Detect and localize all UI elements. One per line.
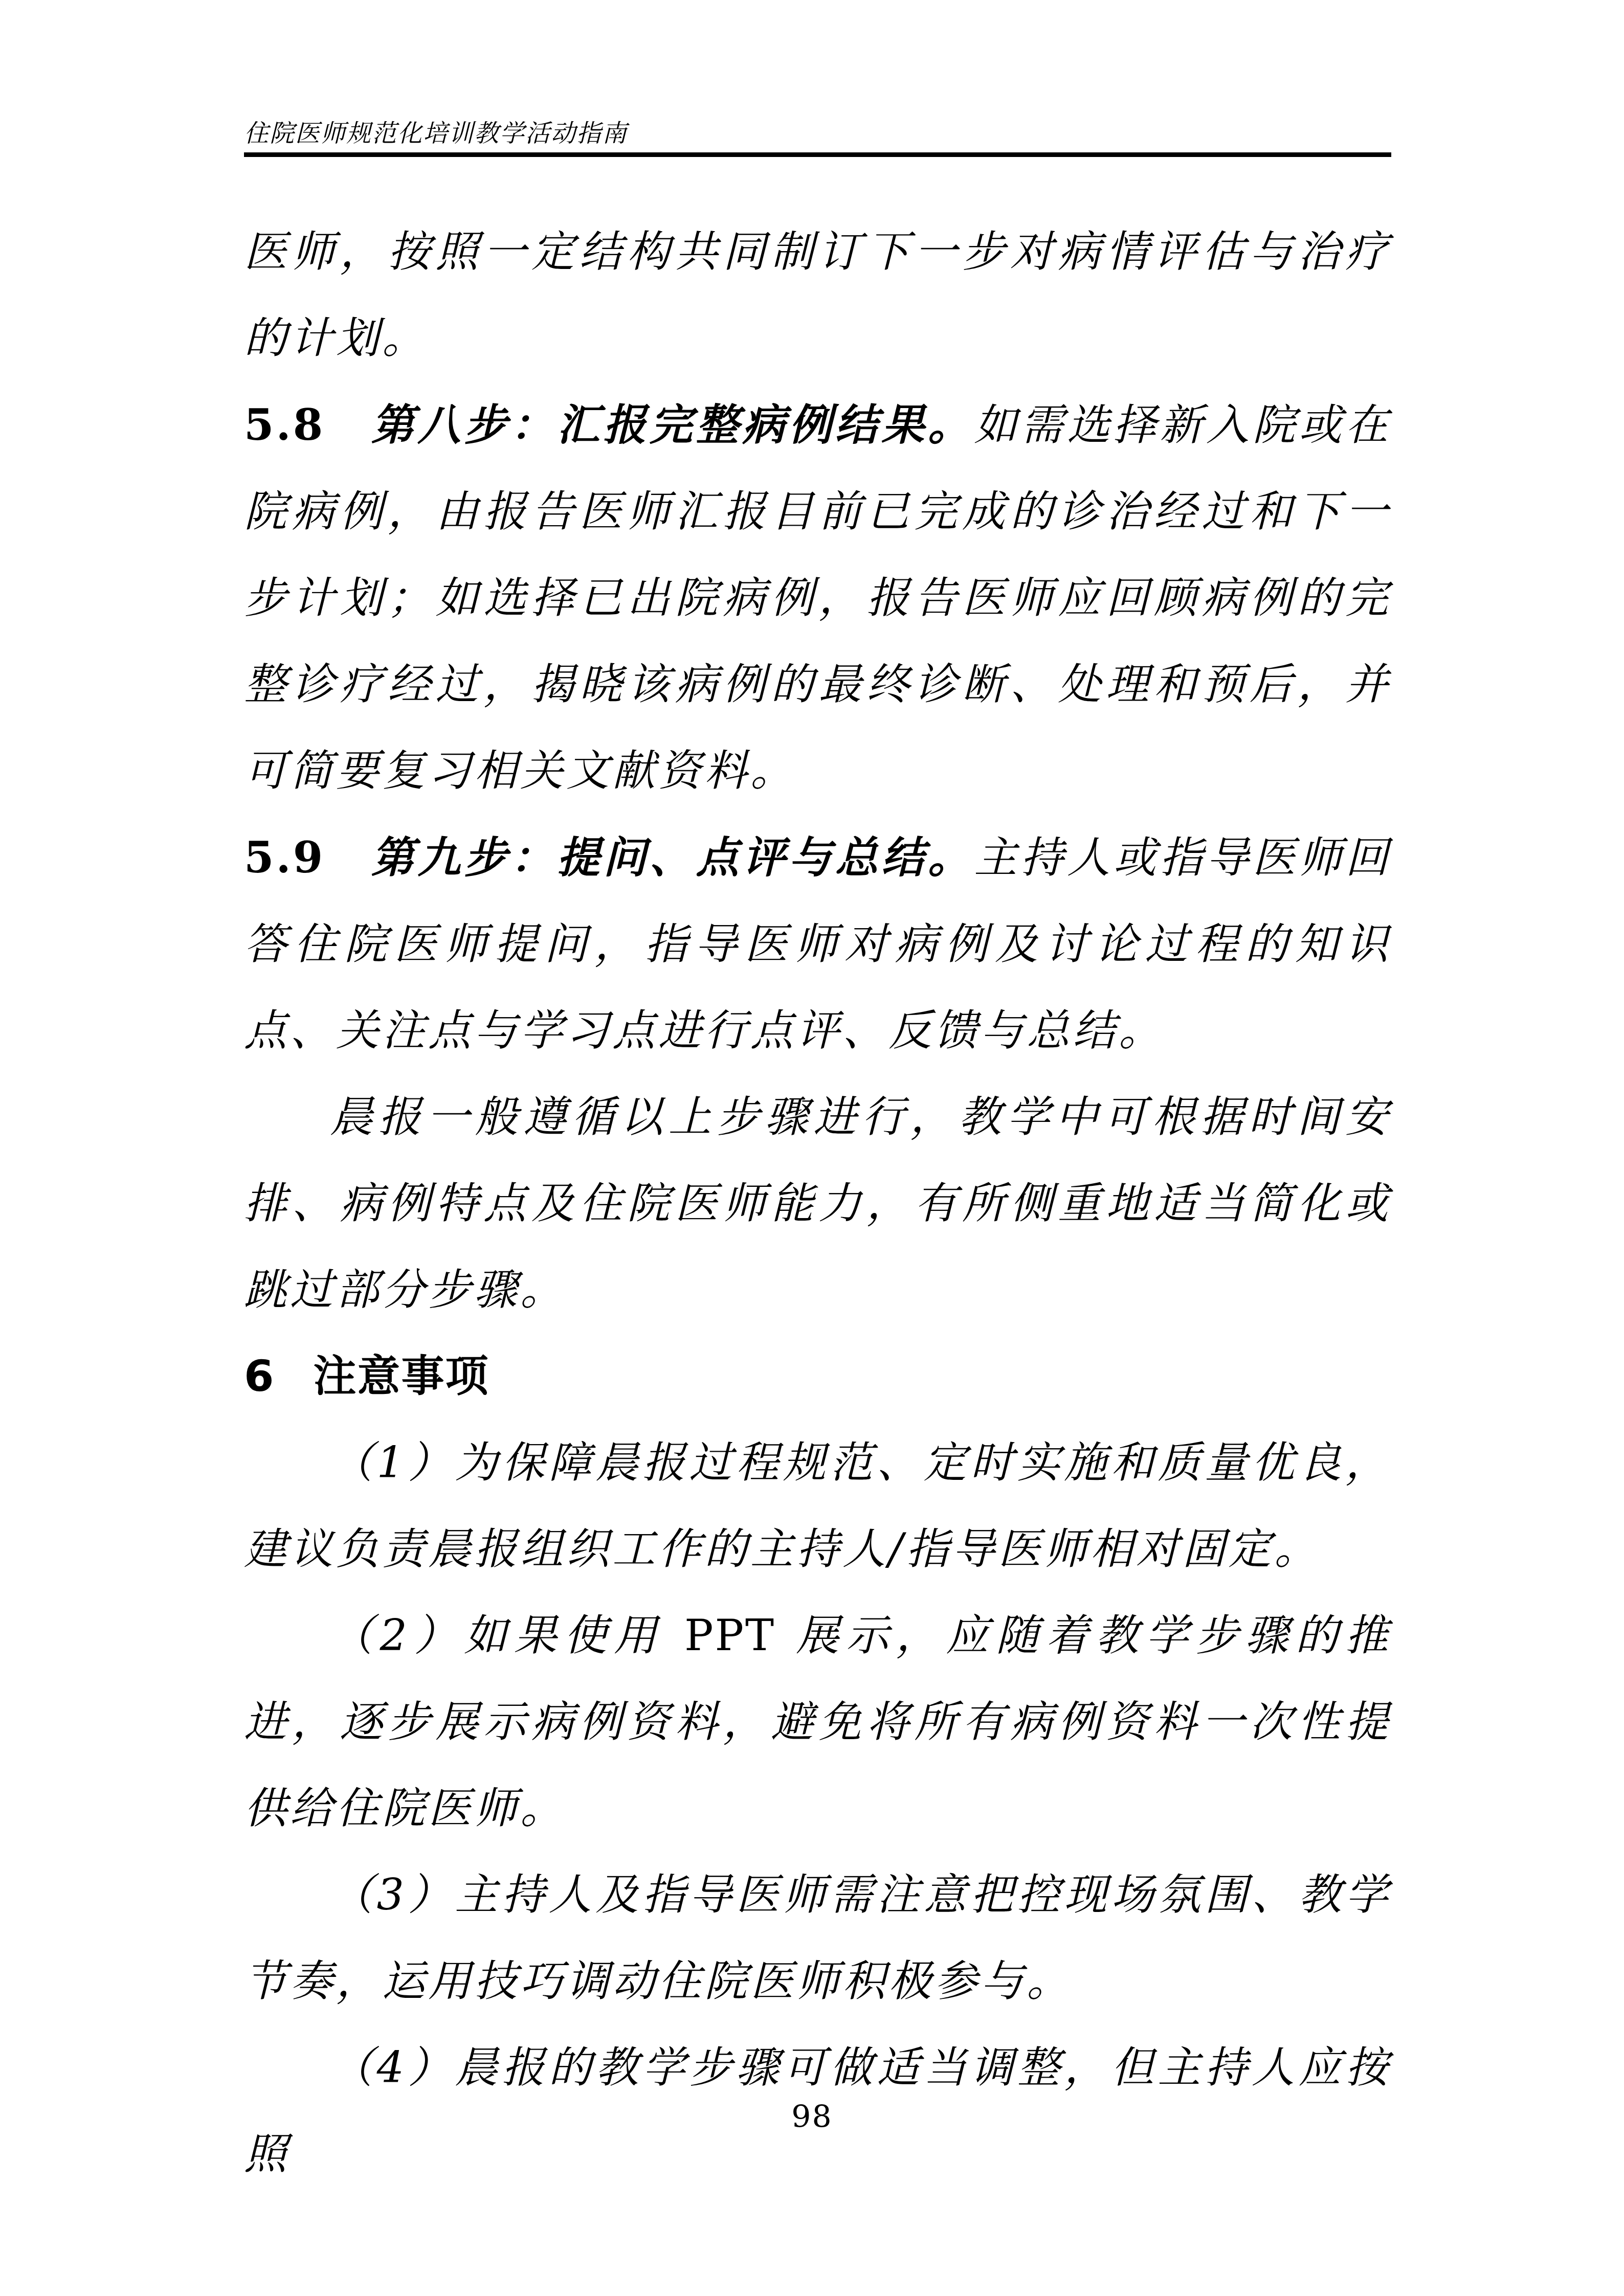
- note-3-text: （3）主持人及指导医师需注意把控现场氛围、教学节奏，运用技巧调动住院医师积极参与…: [244, 1870, 1391, 2006]
- running-header-title: 住院医师规范化培训教学活动指南: [244, 120, 1391, 147]
- page-number: 98: [791, 2101, 832, 2133]
- section-5-8-text: 如需选择新入院或在院病例，由报告医师汇报目前已完成的诊治经过和下一步计划；如选择…: [244, 400, 1391, 796]
- header-rule: [244, 152, 1391, 157]
- section-5-9-number: 5.9: [244, 832, 325, 883]
- paragraph-summary: 晨报一般遵循以上步骤进行，教学中可根据时间安排、病例特点及住院医师能力，有所侧重…: [244, 1074, 1391, 1333]
- note-2-latin-ppt: PPT: [684, 1610, 775, 1660]
- section-6-number: 6: [244, 1351, 275, 1401]
- page-body: 医师，按照一定结构共同制订下一步对病情评估与治疗的计划。 5.8第八步：汇报完整…: [244, 209, 1391, 2197]
- section-6-heading: 6注意事项: [244, 1333, 1391, 1420]
- section-5-9-paragraph: 5.9第九步：提问、点评与总结。主持人或指导医师回答住院医师提问，指导医师对病例…: [244, 814, 1391, 1074]
- note-2-text-pre: （2）如果使用: [330, 1610, 684, 1660]
- page-header: 住院医师规范化培训教学活动指南: [244, 120, 1391, 157]
- note-1-text: （1）为保障晨报过程规范、定时实施和质量优良，建议负责晨报组织工作的主持人/指导…: [244, 1437, 1391, 1574]
- note-paragraph-3: （3）主持人及指导医师需注意把控现场氛围、教学节奏，运用技巧调动住院医师积极参与…: [244, 1852, 1391, 2024]
- paragraph-summary-text: 晨报一般遵循以上步骤进行，教学中可根据时间安排、病例特点及住院医师能力，有所侧重…: [244, 1092, 1391, 1315]
- page-footer: 98: [0, 2101, 1624, 2133]
- section-6-title: 注意事项: [313, 1351, 489, 1401]
- paragraph-continuation: 医师，按照一定结构共同制订下一步对病情评估与治疗的计划。: [244, 209, 1391, 381]
- section-5-8-paragraph: 5.8第八步：汇报完整病例结果。如需选择新入院或在院病例，由报告医师汇报目前已完…: [244, 381, 1391, 814]
- note-paragraph-1: （1）为保障晨报过程规范、定时实施和质量优良，建议负责晨报组织工作的主持人/指导…: [244, 1420, 1391, 1592]
- document-page: 住院医师规范化培训教学活动指南 医师，按照一定结构共同制订下一步对病情评估与治疗…: [0, 0, 1624, 2296]
- section-5-8-heading: 第八步：汇报完整病例结果。: [371, 399, 974, 450]
- note-paragraph-2: （2）如果使用 PPT 展示，应随着教学步骤的推进，逐步展示病例资料，避免将所有…: [244, 1592, 1391, 1852]
- section-5-8-number: 5.8: [244, 399, 325, 450]
- section-5-9-heading: 第九步：提问、点评与总结。: [371, 832, 974, 883]
- paragraph-continuation-text: 医师，按照一定结构共同制订下一步对病情评估与治疗的计划。: [244, 227, 1391, 363]
